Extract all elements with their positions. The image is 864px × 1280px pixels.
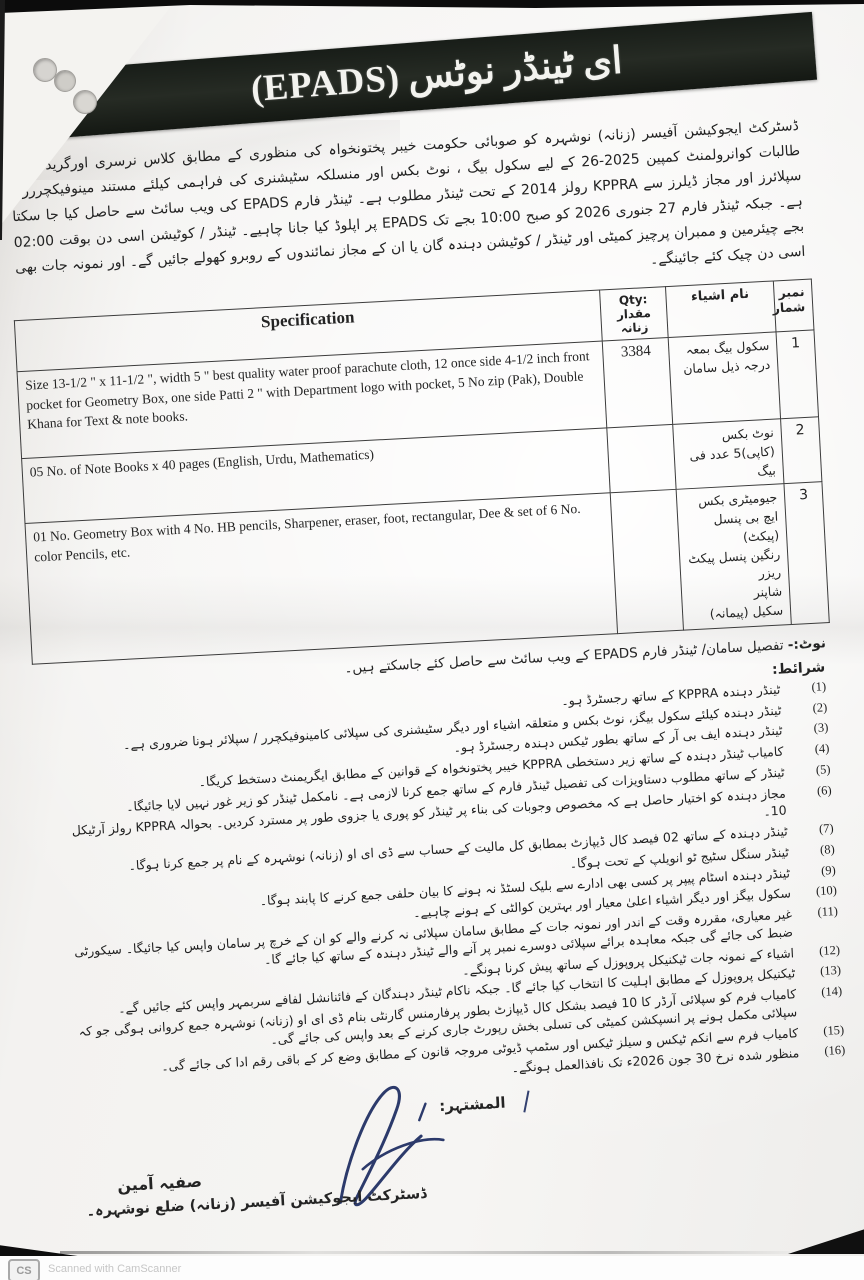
condition-number: (5) [784, 761, 831, 781]
condition-number: (8) [788, 841, 835, 861]
items-table: Specification Qty: مقدار زنانہ نام اشیاء… [14, 279, 830, 665]
condition-number: (16) [799, 1042, 846, 1062]
serial-cell: 1 [776, 330, 819, 419]
punch-hole [54, 70, 76, 92]
condition-number: (10) [790, 882, 837, 902]
condition-number: (4) [783, 740, 830, 760]
condition-number: (11) [792, 903, 840, 941]
item-cell: جیومیٹری بکس ایچ بی پنسل (پیکٹ) رنگین پن… [676, 484, 791, 630]
condition-number: (1) [780, 678, 827, 698]
camscanner-logo-icon: CS [8, 1259, 40, 1280]
page-title: ای ٹینڈر نوٹس (EPADS) [249, 39, 623, 111]
condition-number: (3) [782, 720, 829, 740]
condition-number: (2) [781, 699, 828, 719]
item-cell: نوٹ بکس (کاپی)5 عدد فی بیگ [673, 419, 784, 490]
item-cell: سکول بیگ بمعہ درجہ ذیل سامان [668, 332, 780, 425]
condition-number: (6) [785, 782, 833, 820]
column-header-qty: Qty: مقدار زنانہ [600, 287, 669, 341]
condition-number: (12) [794, 942, 841, 962]
serial-cell: 2 [781, 417, 822, 484]
column-header-serial: نمبر شمار [773, 279, 814, 332]
condition-number: (7) [787, 820, 834, 840]
document-body: ای ٹینڈر نوٹس (EPADS) ڈسٹرکٹ ایجوکیشن آف… [0, 0, 860, 1255]
qty-cell: 3384 [602, 338, 672, 428]
note-label: نوٹ:- [787, 635, 826, 653]
scanned-tender-notice: ای ٹینڈر نوٹس (EPADS) ڈسٹرکٹ ایجوکیشن آف… [0, 0, 864, 1280]
column-header-item-name: نام اشیاء [665, 281, 776, 338]
conditions-list: (1)ٹینڈر دہندہ KPPRA کے ساتھ رجسٹرڈ ہو۔ … [33, 678, 846, 1101]
qty-cell [610, 490, 683, 634]
serial-cell: 3 [784, 482, 829, 624]
signature-block: المشتہر: صفیہ آمین ڈسٹرکٹ ایجوکیشن آفیسر… [54, 1074, 860, 1256]
scan-edge-bottom-right [788, 1224, 864, 1254]
condition-number: (15) [798, 1021, 845, 1041]
condition-number: (13) [795, 962, 842, 982]
condition-number: (9) [789, 862, 836, 882]
intro-paragraph: ڈسٹرکٹ ایجوکیشن آفیسر (زنانہ) نوشہرہ کو … [9, 114, 806, 306]
scan-edge-bottom [60, 1251, 790, 1254]
pen-mark [523, 1091, 529, 1113]
qty-cell [607, 425, 676, 494]
camscanner-watermark-text: Scanned with CamScanner [48, 1263, 181, 1275]
signatory-name: صفیہ آمین [117, 1172, 203, 1195]
punch-hole [73, 90, 97, 114]
condition-number: (14) [796, 983, 844, 1021]
spec-cell: 01 No. Geometry Box with 4 No. HB pencil… [25, 493, 618, 664]
camscanner-footer: CS Scanned with CamScanner [0, 1256, 864, 1280]
